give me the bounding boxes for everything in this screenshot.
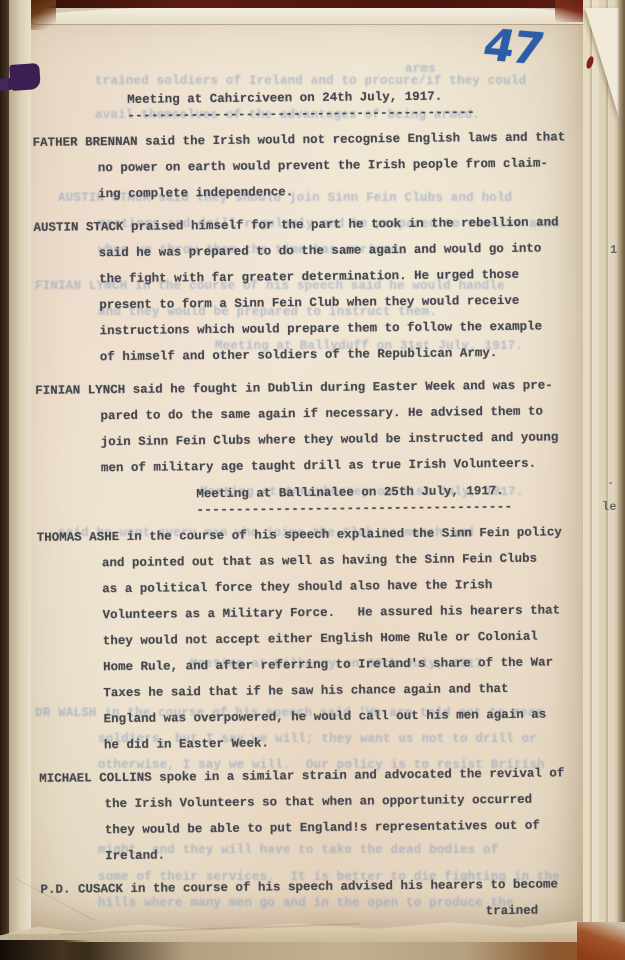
speech-paragraph: FATHER BRENNAN said the Irish would not … xyxy=(32,124,589,208)
shadow-bottom-left xyxy=(0,940,90,960)
heading-underline: ----------------------------------------… xyxy=(127,105,588,122)
heading-underline: ---------------------------------------- xyxy=(196,500,592,516)
typed-line: of himself and other soldiers of the Rep… xyxy=(35,339,591,371)
page-stack-shadow xyxy=(617,0,625,960)
speech-paragraph: AUSTIN STACK praised himself for the par… xyxy=(33,209,591,371)
typed-line: Ireland. xyxy=(40,838,596,870)
speech-paragraph: FINIAN LYNCH said he fought in Dublin du… xyxy=(35,372,592,482)
typed-line: ing complete independence. xyxy=(33,176,589,208)
speech-paragraph: P.D. CUSACK in the course of his speech … xyxy=(40,871,597,929)
wood-table-corner xyxy=(577,922,625,960)
meeting-section: Meeting at Ballinalee on 25th July, 1917… xyxy=(36,480,597,929)
typed-line: men of military age taught drill as true… xyxy=(36,450,592,482)
speech-paragraph: THOMAS ASHE in the course of his speech … xyxy=(37,519,595,759)
book-gutter-shadow xyxy=(0,0,9,960)
handwritten-page-number: 47 xyxy=(478,20,547,75)
page-curve-left-edge xyxy=(9,0,31,960)
speech-paragraph: MICHAEL COLLINS spoke in a similar strai… xyxy=(39,760,596,870)
archive-photo: armstrained soldiers of Ireland and to p… xyxy=(0,0,625,960)
typed-line: he did in Easter Week. xyxy=(39,727,595,759)
typed-text-block: Meeting at Cahirciveen on 24th July, 191… xyxy=(31,0,597,929)
meeting-section: Meeting at Cahirciveen on 24th July, 191… xyxy=(32,85,592,482)
